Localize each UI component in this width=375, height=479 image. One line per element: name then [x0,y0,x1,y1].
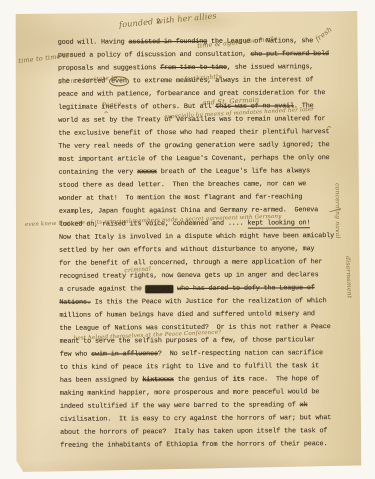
typed-segment: legitimate inetrests of others. But all [58,103,215,112]
typed-segment-strike: who has dared to defy the League of [177,284,315,293]
typed-segment-strike: Nations. [59,299,90,307]
typed-segment: good will. Having [58,38,129,46]
typed-segment: Is this the Peace with Justice for the r… [91,297,327,306]
handwritten-annotation: disarmament [344,256,353,299]
typed-segment: proposals and suggestions [58,64,160,73]
typed-segment: the genius of [174,376,233,384]
typed-segment: , she issued warnings, [227,63,313,72]
typed-segment: to this kind of peace its right to live … [60,362,319,372]
typed-segment-bold: its [233,376,245,384]
typed-segment: recognised treaty rights, now Geneva get… [59,271,318,281]
typed-segment: containing the very [59,168,138,176]
typed-segment: stood there as dead letter. Then the bre… [59,180,307,190]
typed-segment: has been assigned by [60,376,143,385]
typed-segment-strike: xk [300,401,308,409]
typed-segment-underline: kept looking on! [247,219,310,228]
typed-segment: civilisation. It is easy to cry against … [60,414,331,424]
typed-segment-strike: she put forward bold [250,50,329,58]
typed-segment: about the horrors of peace? Italy has ta… [60,427,327,437]
typed-line: freeing the inhabitants of Ethiopia from… [60,438,348,453]
typed-segment-bold-strike: kixtxxxx [142,376,173,384]
typed-segment: Now that Italy is involved in a dispute … [59,232,334,242]
typed-segment: for the benefit of all concerned, throug… [59,258,322,268]
typed-segment-strike: from time to time [160,64,227,72]
typed-segment: the exclusive benefit of those who had r… [58,128,329,138]
typed-segment: peace and with patience, forbearance and… [58,89,325,99]
handwritten-annotations-layer: founded with her alliestime & again she … [14,11,359,13]
typed-segment: a crusade against the [59,285,145,294]
typed-segment: most important article of the League's C… [58,154,329,164]
typed-segment: wonder at that! To mention the most flag… [59,193,303,202]
typed-segment: race. The hope of [245,375,320,383]
typed-segment-bold-strike: xxxxx [137,168,157,176]
typed-segment: settled by her own efforts and without d… [59,245,314,255]
typed-segment: few who [60,351,91,359]
typed-segment: ? No self-respecting nation can sacrific… [158,349,323,358]
typed-segment: pursued a policy of discussion and consu… [58,51,251,60]
handwritten-annotation: ^ [103,110,109,118]
typed-segment-strike: swim in affluence [91,350,158,358]
handwritten-annotation: concerning naval [334,183,341,239]
handwritten-annotation: ^ [326,125,332,133]
typed-text-block: good will. Having assisted in founding t… [58,35,349,453]
typed-line: stood there as dead letter. Then the bre… [59,178,347,193]
typed-segment: breath of the League's life has always [157,167,310,176]
typed-segment-redact: culprit [146,285,174,293]
typed-segment: The very real needs of the growing gener… [58,141,329,151]
scan-background: - 2 - good will. Having assisted in foun… [0,0,375,479]
typed-segment-strike: assisted in founding [128,38,207,46]
typed-segment: millions of human beings have died and s… [59,310,314,320]
typed-segment: indeed stultified if the way were barred… [60,401,300,410]
manuscript-page: - 2 - good will. Having assisted in foun… [14,11,362,472]
handwritten-annotation: founded with her allies [119,11,217,29]
typed-segment: making mankind happier, more prosperous … [60,388,319,398]
typed-segment: freeing the inhabitants of Ethiopia from… [60,440,327,450]
